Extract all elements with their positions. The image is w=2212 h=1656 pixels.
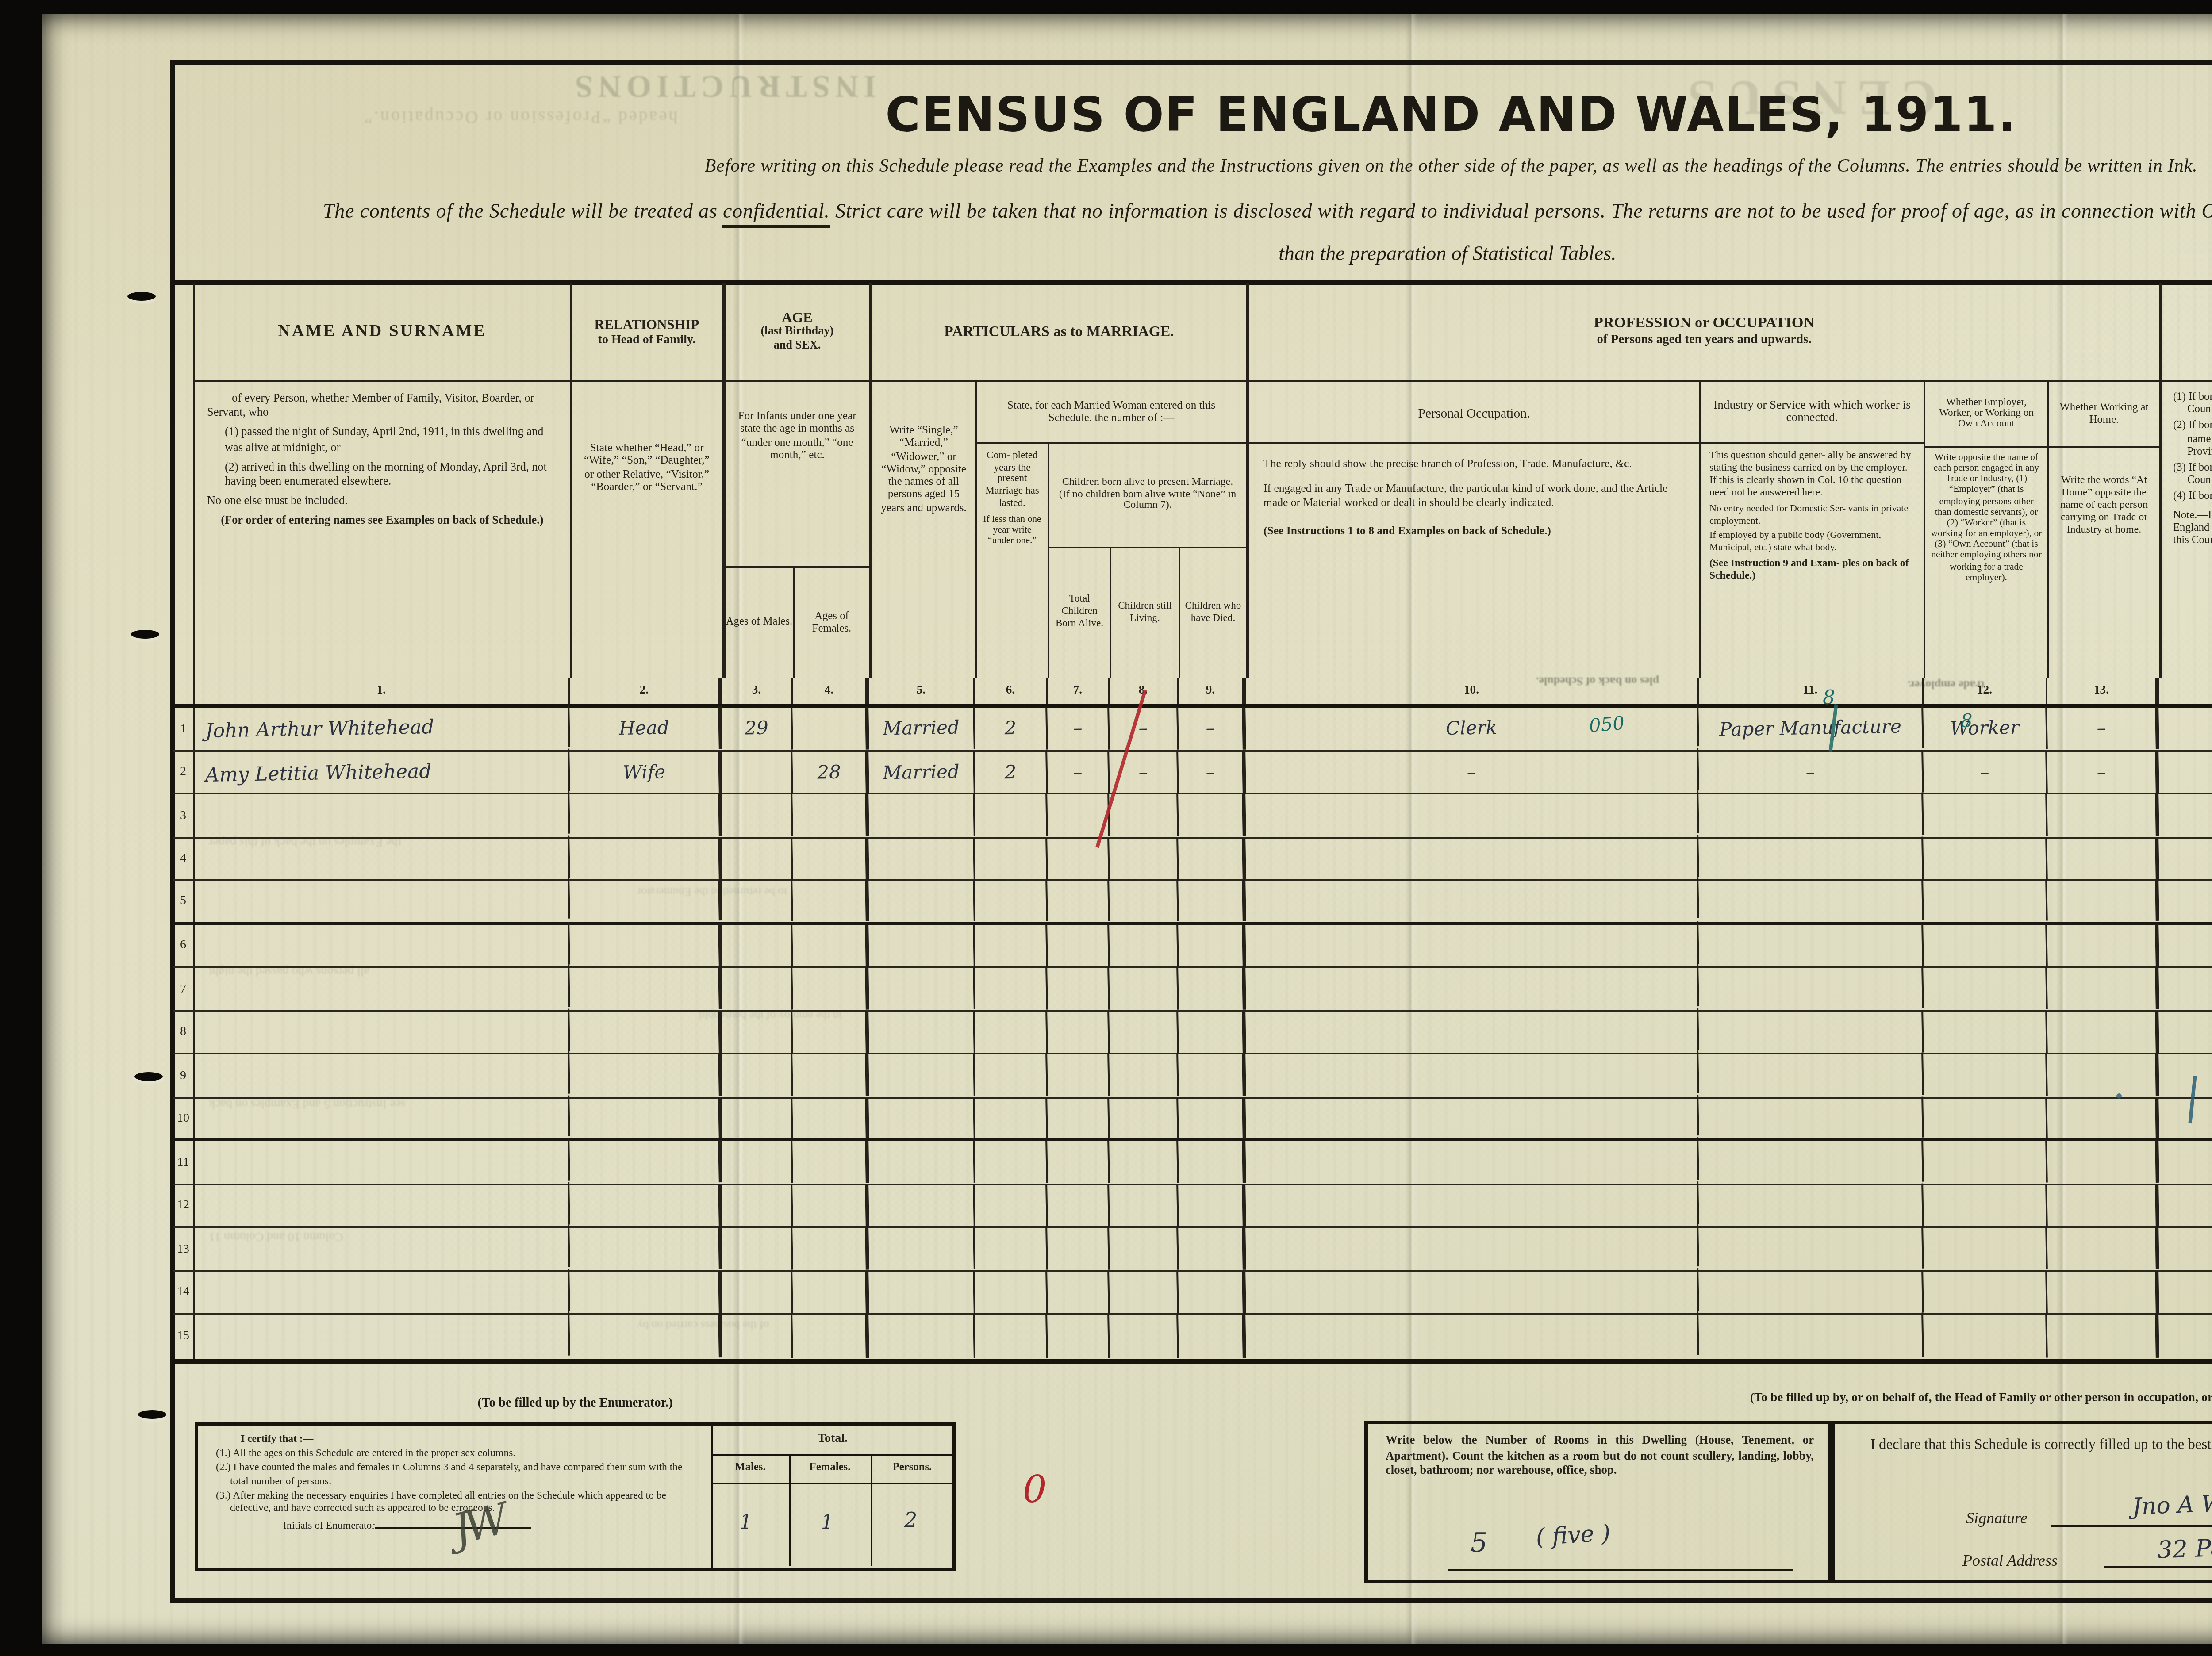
cell-marriage xyxy=(868,880,975,922)
cell-age_f xyxy=(792,967,869,1010)
cell-industry xyxy=(1698,966,1924,1012)
cell-relationship: Head xyxy=(569,706,722,751)
cell-years: 2 xyxy=(975,707,1048,750)
rooms-instructions: Write below the Number of Rooms in this … xyxy=(1368,1424,1828,1481)
cell-name xyxy=(194,1138,570,1186)
cell-relationship: Wife xyxy=(569,750,722,794)
cell-at_home xyxy=(2047,1227,2159,1270)
header-personal-occupation: Personal Occupation. xyxy=(1249,382,1699,444)
cell-relationship xyxy=(569,880,722,922)
cell-died xyxy=(1178,967,1246,1010)
stray-ink-dot xyxy=(2116,1093,2122,1099)
certify-block: I certify that :— (1.) All the ages on t… xyxy=(198,1426,711,1568)
cell-status xyxy=(1923,1184,2048,1227)
column-number-5: 5. xyxy=(869,678,975,704)
cell-age_f xyxy=(792,837,869,880)
cell-industry xyxy=(1698,1096,1924,1140)
desc-name-item2: (2) arrived in this dwelling on the morn… xyxy=(207,462,557,491)
table-row: 8 xyxy=(173,1011,2212,1054)
punch-hole xyxy=(131,630,159,639)
cell-birthplace xyxy=(2158,922,2212,968)
cell-no: 1 xyxy=(173,708,195,749)
cell-age_m xyxy=(722,967,793,1010)
cell-relationship xyxy=(569,1183,722,1227)
cell-age_f xyxy=(792,707,869,750)
cell-born xyxy=(1047,1054,1110,1096)
cell-at_home xyxy=(2047,1140,2159,1184)
cell-living xyxy=(1109,837,1179,880)
desc-marriage-write: Write “Single,” “Married,” “Widower,” or… xyxy=(869,382,975,678)
cell-died xyxy=(1178,1227,1246,1270)
cell-at_home xyxy=(2047,1270,2159,1314)
cell-marriage xyxy=(868,967,975,1010)
cell-birthplace xyxy=(2158,878,2212,923)
postal-label: Postal Address xyxy=(1962,1552,2058,1569)
initials-label: Initials of Enumerator xyxy=(283,1522,375,1533)
cell-relationship xyxy=(569,1270,722,1314)
cell-age_f xyxy=(792,1184,869,1227)
cell-no: 14 xyxy=(173,1271,195,1313)
cell-birthplace xyxy=(2158,1052,2212,1098)
cell-marriage xyxy=(868,1054,975,1097)
rooms-value-words: ( five ) xyxy=(1536,1522,1611,1552)
persons-label: Persons. xyxy=(871,1461,954,1474)
table-row: 9 xyxy=(173,1054,2212,1098)
cell-marriage xyxy=(868,1270,975,1314)
cell-name xyxy=(194,835,570,883)
cell-living xyxy=(1109,1227,1179,1270)
desc-age: For Infants under one year state the age… xyxy=(722,382,869,566)
cell-status xyxy=(1923,1010,2048,1054)
labels-rule xyxy=(711,1483,954,1484)
table-rows: 1John Arthur WhiteheadHead29Married2–––C… xyxy=(173,708,2212,1363)
cell-at_home xyxy=(2047,1097,2159,1138)
industry-code: 8 xyxy=(1823,686,1835,709)
column-number-3: 3. xyxy=(722,678,793,704)
enum-box-divider xyxy=(711,1426,713,1568)
cell-occupation xyxy=(1245,964,1699,1013)
cell-age_f xyxy=(792,1141,869,1184)
cell-living xyxy=(1109,794,1179,837)
declaration-text: I declare that this Schedule is correctl… xyxy=(1835,1424,2212,1453)
desc-name-item1: (1) passed the night of Sunday, April 2n… xyxy=(207,427,557,456)
confidential-line2: than the preparation of Statistical Tabl… xyxy=(173,244,2212,265)
desc-birthplace: (1) If born in the United King- dom, wri… xyxy=(2159,382,2212,678)
postal-underline xyxy=(2104,1566,2212,1568)
cell-age_m xyxy=(722,1271,793,1314)
cell-at_home xyxy=(2047,967,2159,1010)
desc-birthplace-3: (3) If born in a Foreign Country, write … xyxy=(2173,462,2212,487)
cell-industry xyxy=(1698,879,1924,923)
header-age-title: AGE xyxy=(782,309,812,326)
cell-status xyxy=(1923,1097,2048,1139)
cell-industry xyxy=(1698,793,1924,838)
table-row: 5 xyxy=(173,881,2212,924)
cell-age_m xyxy=(722,1097,793,1138)
cell-status xyxy=(1923,1270,2048,1314)
rooms-value: 5 xyxy=(1471,1527,1487,1559)
cell-years xyxy=(975,1097,1048,1138)
cell-marriage xyxy=(868,1140,975,1184)
cell-born: – xyxy=(1047,751,1110,793)
cell-industry xyxy=(1698,836,1924,882)
cell-living xyxy=(1109,1097,1179,1138)
cell-name: John Arthur Whitehead xyxy=(194,705,570,753)
cell-occupation xyxy=(1245,920,1699,970)
cell-died xyxy=(1178,794,1246,837)
cell-no: 9 xyxy=(173,1054,195,1096)
cell-born xyxy=(1047,1227,1110,1270)
cell-born xyxy=(1047,881,1110,921)
header-name: NAME AND SURNAME xyxy=(195,283,570,382)
cell-age_f xyxy=(792,1011,869,1054)
cell-age_f xyxy=(792,1314,869,1359)
column-number-6: 6. xyxy=(975,678,1048,704)
page-stage: INSTRUCTIONS headed “Profession or Occup… xyxy=(0,0,2212,1656)
header-age-line3: and SEX. xyxy=(773,340,821,354)
scanned-census-schedule: INSTRUCTIONS headed “Profession or Occup… xyxy=(0,0,2212,1656)
table-row: 14 xyxy=(173,1271,2212,1315)
header-relationship-title: RELATIONSHIP xyxy=(595,316,699,333)
cell-occupation xyxy=(1245,1137,1699,1187)
cell-relationship xyxy=(569,1096,722,1139)
table-row: 15 xyxy=(173,1315,2212,1358)
status-code: 8 xyxy=(1961,711,1973,732)
cell-no: 8 xyxy=(173,1011,195,1053)
confidential-note: The contents of the Schedule will be tre… xyxy=(173,202,2212,223)
column-number-2: 2. xyxy=(570,678,722,704)
occupation-code: 050 xyxy=(1588,713,1625,737)
cell-age_m xyxy=(722,881,793,922)
desc-industry-1: This question should gener- ally be answ… xyxy=(1709,451,1915,500)
cell-status xyxy=(1923,1227,2048,1271)
cell-age_f xyxy=(792,1271,869,1314)
cell-occupation xyxy=(1245,1181,1699,1230)
header-profession-title: PROFESSION or OCCUPATION xyxy=(1594,313,1815,333)
column-number-9: 9. xyxy=(1179,678,1246,704)
header-industry: Industry or Service with which worker is… xyxy=(1701,382,1924,444)
header-relationship-sub: to Head of Family. xyxy=(598,333,696,348)
cell-name xyxy=(194,1225,570,1273)
cell-no: 5 xyxy=(173,881,195,921)
column-number-10: 10. xyxy=(1246,678,1699,704)
cell-living xyxy=(1109,1271,1179,1314)
header-children-died: Children who have Died. xyxy=(1179,548,1246,678)
census-subtitle: Before writing on this Schedule please r… xyxy=(319,157,2212,177)
cell-living xyxy=(1109,1054,1179,1097)
cell-occupation xyxy=(1245,1007,1699,1057)
cell-years xyxy=(975,1314,1048,1359)
cell-years xyxy=(975,924,1048,967)
cell-occupation xyxy=(1245,790,1699,840)
desc-birthplace-4: (4) If born at sea, write “At Sea.” xyxy=(2173,491,2212,503)
cell-status xyxy=(1923,1140,2048,1184)
cell-age_m xyxy=(722,751,793,793)
cell-age_m xyxy=(722,1141,793,1184)
header-employer: Whether Employer, Worker, or Working on … xyxy=(1925,382,2047,448)
females-label: Females. xyxy=(789,1461,871,1474)
cell-name xyxy=(194,878,570,924)
cell-relationship xyxy=(569,923,722,967)
cell-relationship xyxy=(569,1010,722,1054)
desc-name-note2: (For order of entering names see Example… xyxy=(207,514,557,529)
cell-living xyxy=(1109,1011,1179,1054)
cell-name xyxy=(194,1051,570,1100)
cell-no: 10 xyxy=(173,1098,195,1138)
rooms-underline xyxy=(1448,1569,1793,1571)
cell-status: – xyxy=(1923,750,2048,794)
cell-died: – xyxy=(1178,751,1246,793)
cell-relationship xyxy=(569,836,722,881)
cell-born xyxy=(1047,1011,1110,1053)
cell-years xyxy=(975,1227,1048,1270)
desc-industry: Industry or Service with which worker is… xyxy=(1699,382,1924,678)
cell-relationship xyxy=(569,1053,722,1097)
cell-industry: Paper Manufacture xyxy=(1698,706,1924,751)
persons-value: 2 xyxy=(904,1507,917,1532)
cell-birthplace xyxy=(2158,1008,2212,1055)
cell-name xyxy=(194,921,570,970)
cell-marriage xyxy=(868,793,975,837)
cell-at_home xyxy=(2047,793,2159,837)
cell-birthplace xyxy=(2158,965,2212,1012)
punch-hole xyxy=(138,1410,166,1419)
table-row: 3 xyxy=(173,794,2212,838)
cell-status: Worker xyxy=(1923,707,2048,751)
cell-status xyxy=(1923,837,2048,881)
cell-relationship xyxy=(569,1227,722,1271)
cell-born xyxy=(1047,924,1110,966)
desc-personal-occupation: Personal Occupation. The reply should sh… xyxy=(1246,382,1699,678)
desc-relationship: State whether “Head,” or “Wife,” “Son,” … xyxy=(570,382,722,678)
cell-birthplace: Yorkshire Marsden xyxy=(2158,705,2212,751)
total-label: Total. xyxy=(711,1431,954,1445)
desc-personal-1: The reply should show the precise branch… xyxy=(1263,458,1685,471)
cell-years xyxy=(975,967,1048,1010)
table-row: 4 xyxy=(173,838,2212,881)
cell-at_home xyxy=(2047,924,2159,967)
cell-living xyxy=(1109,967,1179,1010)
cell-industry xyxy=(1698,1183,1924,1228)
cell-born xyxy=(1047,967,1110,1010)
cell-status xyxy=(1923,793,2048,837)
household-section-header: (To be filled up by, or on behalf of, th… xyxy=(1504,1391,2212,1405)
desc-birthplace-note: Note.—In the case of persons born elsewh… xyxy=(2173,509,2212,547)
males-value: 1 xyxy=(740,1511,752,1534)
table-row: 7 xyxy=(173,968,2212,1011)
females-value: 1 xyxy=(821,1511,833,1534)
cell-age_m xyxy=(722,1054,793,1097)
cell-status xyxy=(1923,967,2048,1011)
desc-industry-2: No entry needed for Domestic Ser- vants … xyxy=(1709,505,1915,528)
spoiled-red-zero: 0 xyxy=(1023,1468,1047,1511)
cell-marriage xyxy=(868,1227,975,1270)
cell-at_home xyxy=(2047,837,2159,880)
cell-occupation: Clerk xyxy=(1245,704,1699,753)
cell-industry xyxy=(1698,1139,1924,1185)
table-row: 11 xyxy=(173,1141,2212,1184)
cell-marriage xyxy=(868,1184,975,1227)
declaration-box: I declare that this Schedule is correctl… xyxy=(1832,1421,2212,1583)
cell-age_f xyxy=(792,1054,869,1097)
desc-employer-text: Write opposite the name of each person e… xyxy=(1925,448,2047,584)
cell-status xyxy=(1923,880,2048,922)
cell-years xyxy=(975,794,1048,837)
header-ages-females: Ages of Females. xyxy=(793,566,869,678)
cell-birthplace xyxy=(2158,1312,2212,1360)
cell-living xyxy=(1109,924,1179,967)
cell-industry xyxy=(1698,1269,1924,1315)
cell-name xyxy=(194,965,570,1013)
cell-name xyxy=(194,1095,570,1141)
cell-at_home: – xyxy=(2047,750,2159,793)
header-age-line2: (last Birthday) xyxy=(761,326,834,341)
cell-no: 15 xyxy=(173,1315,195,1358)
cell-years xyxy=(975,1054,1048,1097)
cell-birthplace xyxy=(2158,1095,2212,1140)
cell-status xyxy=(1923,1314,2048,1359)
cell-age_m xyxy=(722,1011,793,1054)
cell-at_home xyxy=(2047,880,2159,922)
cell-died xyxy=(1178,1141,1246,1184)
cell-died xyxy=(1178,837,1246,880)
cell-no: 7 xyxy=(173,968,195,1009)
cell-age_m xyxy=(722,837,793,880)
enumerator-box: I certify that :— (1.) All the ages on t… xyxy=(195,1422,956,1571)
cell-marriage xyxy=(868,924,975,967)
column-number-14: 14. xyxy=(2159,678,2212,704)
cell-died xyxy=(1178,1184,1246,1227)
cell-relationship xyxy=(569,793,722,837)
cell-birthplace xyxy=(2158,1138,2212,1185)
cell-age_m xyxy=(722,1184,793,1227)
cell-living: – xyxy=(1109,707,1179,750)
desc-personal-3: (See Instructions 1 to 8 and Examples on… xyxy=(1263,526,1685,539)
cell-no: 4 xyxy=(173,838,195,879)
cell-occupation xyxy=(1245,877,1699,925)
confidential-pre: The contents of the Schedule will be tre… xyxy=(323,202,723,223)
rownum-header-cell xyxy=(173,678,195,704)
cell-age_f xyxy=(792,1097,869,1138)
postal-value: 32 Park Grove. Barnsley. Yorks xyxy=(2157,1524,2212,1565)
cell-no: 11 xyxy=(173,1141,195,1183)
cell-years: 2 xyxy=(975,751,1048,793)
enumerator-section-header: (To be filled up by the Enumerator.) xyxy=(195,1396,956,1410)
cell-years xyxy=(975,1011,1048,1054)
desc-industry-4: (See Instruction 9 and Exam- ples on bac… xyxy=(1709,559,1915,583)
desc-name-intro: of every Person, whether Member of Famil… xyxy=(207,393,557,422)
header-relationship: RELATIONSHIP to Head of Family. xyxy=(570,283,722,382)
cell-age_m xyxy=(722,1227,793,1270)
cell-marriage xyxy=(868,1010,975,1054)
header-age: AGE (last Birthday) and SEX. xyxy=(722,283,869,382)
desc-home: Whether Working at Home. Write the words… xyxy=(2047,382,2159,678)
cell-name xyxy=(194,1311,570,1361)
cell-at_home xyxy=(2047,1054,2159,1097)
cell-marriage: Married xyxy=(868,750,975,793)
column-number-13: 13. xyxy=(2047,678,2159,704)
cell-died: – xyxy=(1178,707,1246,750)
cell-industry xyxy=(1698,923,1924,968)
cell-industry: – xyxy=(1698,749,1924,795)
cell-born xyxy=(1047,1314,1110,1358)
column-number-1: 1. xyxy=(195,678,570,704)
cell-living xyxy=(1109,1141,1179,1184)
rooms-box: Write below the Number of Rooms in this … xyxy=(1364,1421,1832,1583)
desc-employer: Whether Employer, Worker, or Working on … xyxy=(1924,382,2047,678)
cell-no: 13 xyxy=(173,1228,195,1269)
cell-age_f xyxy=(792,881,869,922)
desc-home-text: Write the words “At Home” opposite the n… xyxy=(2049,448,2159,537)
table-row: 1John Arthur WhiteheadHead29Married2–––C… xyxy=(173,708,2212,751)
total-rule xyxy=(711,1454,954,1456)
cell-age_m: 29 xyxy=(722,707,793,750)
cell-name xyxy=(194,1268,570,1316)
desc-completed-1: Com- pleted years the present Marriage h… xyxy=(980,451,1044,510)
cell-years xyxy=(975,837,1048,880)
cell-occupation xyxy=(1245,1311,1699,1362)
cell-birthplace: Yorkshire Barnsley xyxy=(2158,748,2212,795)
cell-birthplace xyxy=(2158,1225,2212,1272)
cell-born xyxy=(1047,1141,1110,1183)
cell-industry xyxy=(1698,1313,1924,1360)
signature-underline xyxy=(2051,1525,2212,1527)
cell-status xyxy=(1923,1054,2048,1097)
table-row: 6 xyxy=(173,924,2212,968)
cell-marriage: Married xyxy=(868,707,975,750)
cell-born xyxy=(1047,1271,1110,1313)
cell-no: 6 xyxy=(173,924,195,966)
cell-at_home xyxy=(2047,1184,2159,1227)
desc-industry-3: If employed by a public body (Government… xyxy=(1709,531,1915,554)
cell-marriage xyxy=(868,837,975,880)
cell-birthplace xyxy=(2158,835,2212,882)
males-divider xyxy=(789,1454,791,1566)
cell-living xyxy=(1109,1314,1179,1359)
cell-status xyxy=(1923,924,2048,967)
cell-at_home xyxy=(2047,1314,2159,1359)
desc-marriage-state: State, for each Married Woman entered on… xyxy=(975,382,1246,444)
cell-occupation xyxy=(1245,1267,1699,1317)
cell-occupation: – xyxy=(1245,747,1699,797)
cell-died xyxy=(1178,881,1246,922)
confidential-word: confidential. xyxy=(723,202,830,227)
header-children-born: Total Children Born Alive. xyxy=(1048,548,1110,678)
cell-birthplace xyxy=(2158,1182,2212,1228)
header-children-living: Children still Living. xyxy=(1110,548,1179,678)
cell-years xyxy=(975,1141,1048,1184)
cell-name xyxy=(194,791,570,839)
cell-age_f xyxy=(792,924,869,967)
desc-personal-2: If engaged in any Trade or Manufacture, … xyxy=(1263,484,1685,510)
desc-birthplace-1: (1) If born in the United King- dom, wri… xyxy=(2173,391,2212,417)
cell-born: – xyxy=(1047,707,1110,750)
column-number-11: 11. xyxy=(1699,678,1924,704)
cell-living xyxy=(1109,881,1179,922)
females-divider xyxy=(871,1454,872,1566)
cell-marriage xyxy=(868,1097,975,1138)
cell-years xyxy=(975,1271,1048,1314)
cell-name xyxy=(194,1008,570,1056)
cell-marriage xyxy=(868,1314,975,1359)
desc-completed-years: Com- pleted years the present Marriage h… xyxy=(975,444,1048,678)
cell-born xyxy=(1047,1184,1110,1227)
certify-2: (2.) I have counted the males and female… xyxy=(216,1464,701,1490)
cell-industry xyxy=(1698,1053,1924,1098)
cell-name xyxy=(194,1181,570,1230)
cell-age_f xyxy=(792,794,869,837)
cell-no: 12 xyxy=(173,1184,195,1226)
